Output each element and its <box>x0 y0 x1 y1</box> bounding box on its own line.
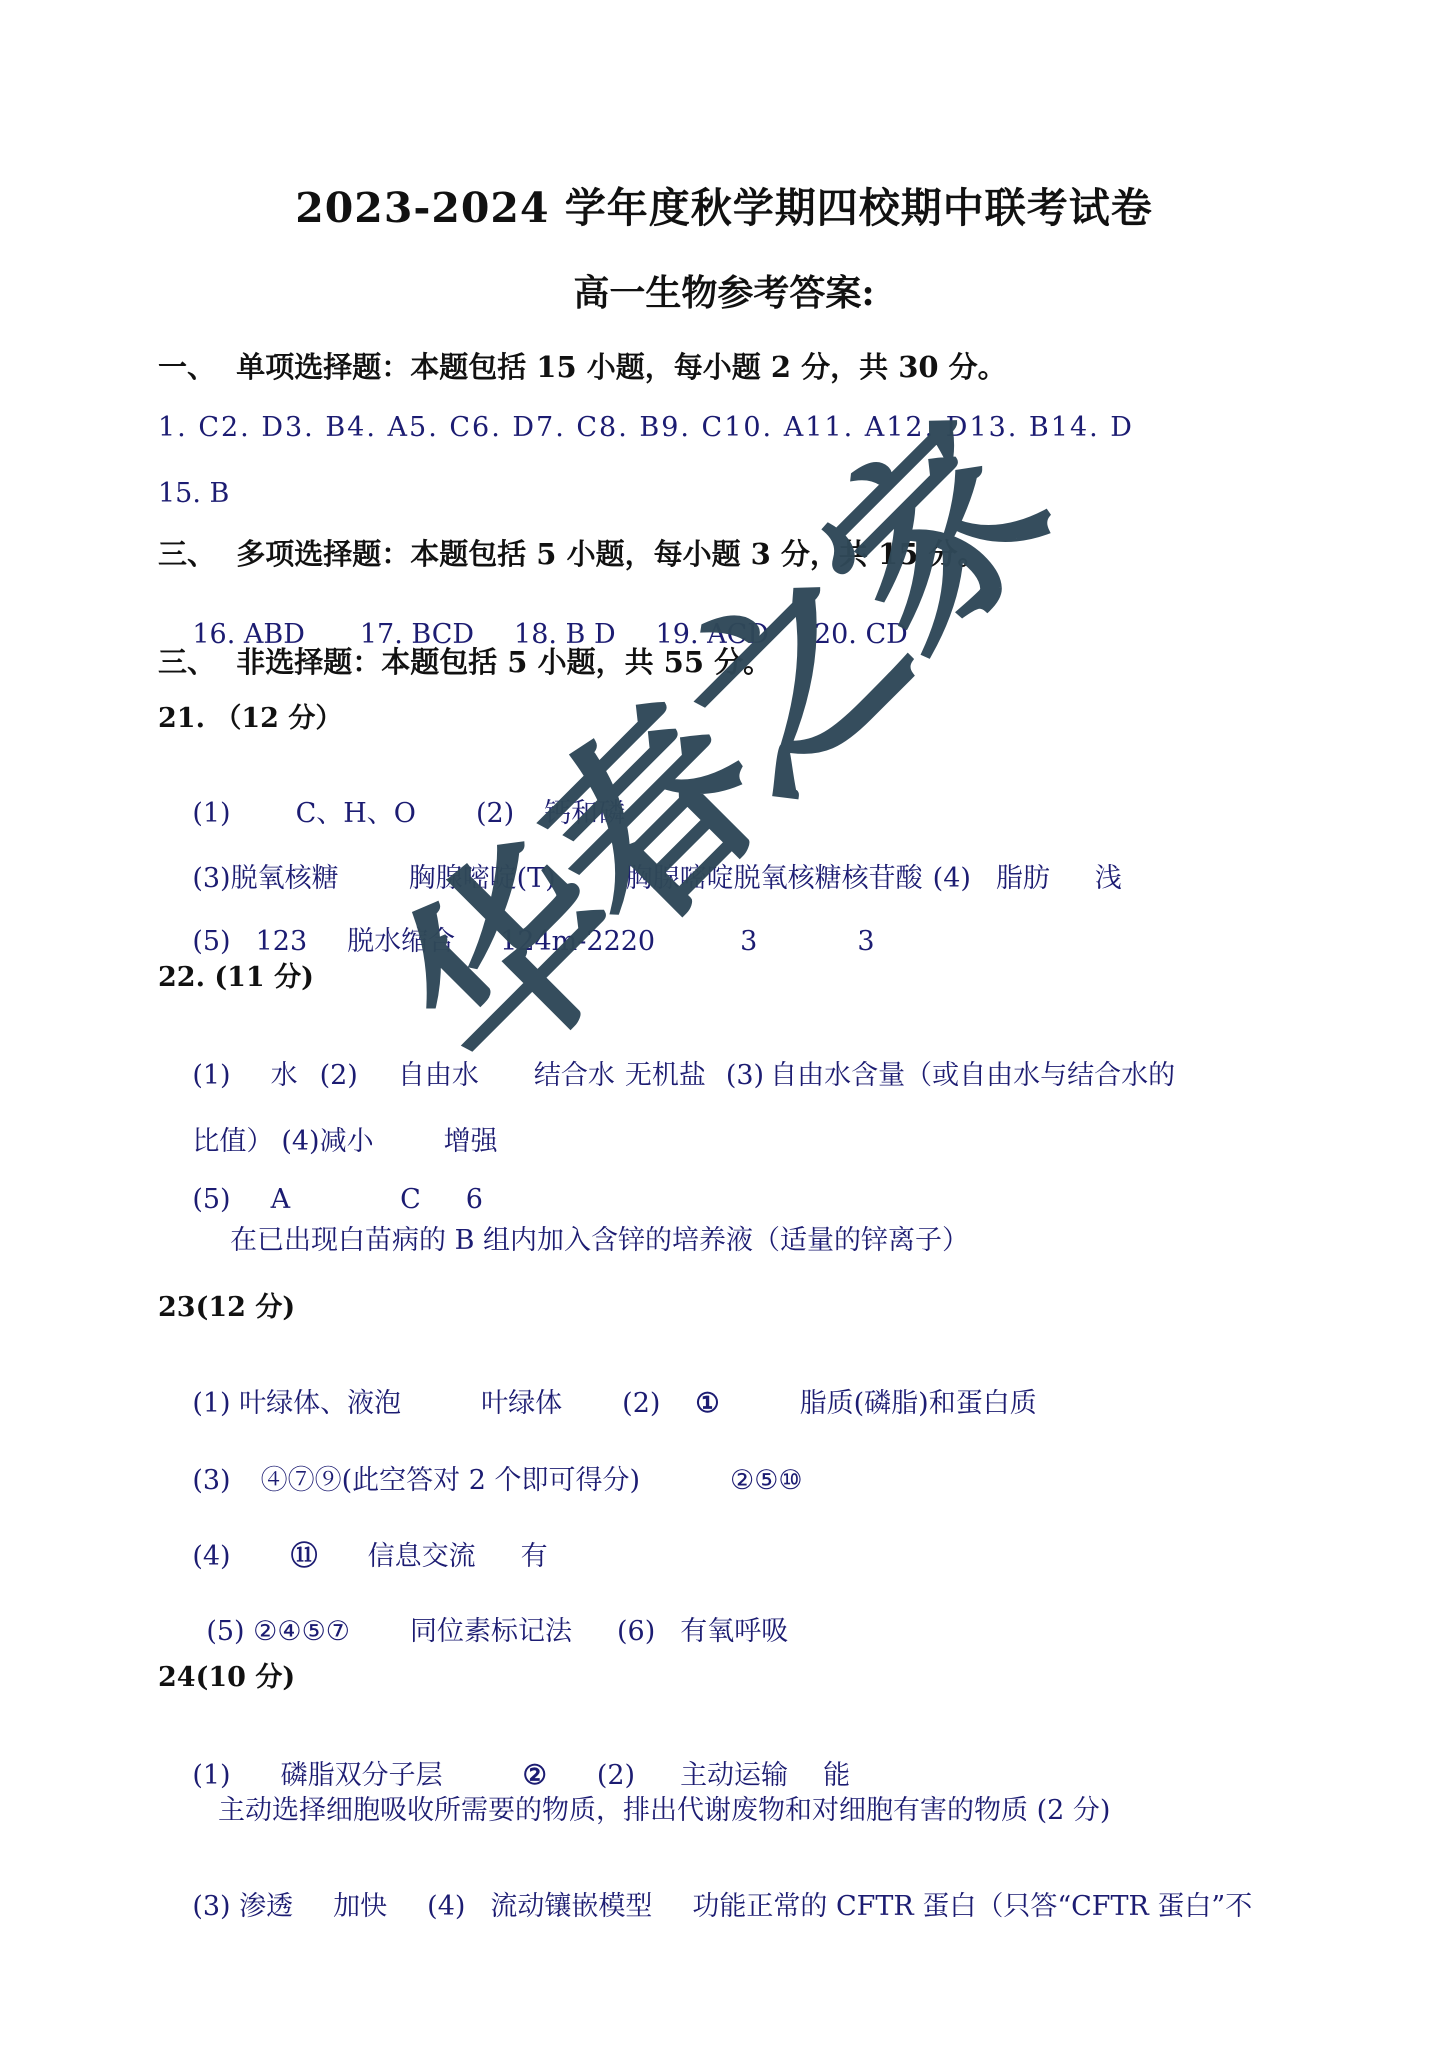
q22-part-2-answer-a: 自由水 <box>398 1060 479 1091</box>
section-single-choice-heading: 一、 单项选择题：本题包括 15 小题，每小题 2 分，共 30 分。 <box>158 345 1007 386</box>
q23-part-4-label: (4) <box>192 1541 230 1572</box>
q23-part-2-label: (2) <box>622 1388 660 1419</box>
q22-part-2-answer-b: 结合水 <box>534 1060 615 1091</box>
q23-part-4-answer-b: 信息交流 <box>368 1541 476 1572</box>
q24-part-2-answer-a: 主动运输 <box>680 1760 788 1791</box>
q24-part-3-answer-a: (3) 渗透 <box>192 1891 293 1922</box>
q23-part-4-answer-c: 有 <box>521 1541 548 1572</box>
q23-part-2-answer-a: ① <box>695 1388 719 1419</box>
question-21-header: 21. （12 分） <box>158 696 342 735</box>
q23-part-6-answer: 有氧呼吸 <box>680 1616 788 1647</box>
q23-part-1-answer-a: (1) 叶绿体、液泡 <box>192 1388 401 1419</box>
section-multi-choice-heading: 三、 多项选择题：本题包括 5 小题，每小题 3 分，共 15 分。 <box>158 532 986 573</box>
q24-part-2-answer-b: 能 <box>823 1760 850 1791</box>
q23-part-3-answer-a: ④⑦⑨(此空答对 2 个即可得分) <box>261 1465 640 1496</box>
q24-part-2-label: (2) <box>597 1760 635 1791</box>
q23-part-3-answer-b: ②⑤⑩ <box>730 1465 803 1496</box>
q22-part-5-answer-b: C <box>400 1184 421 1215</box>
q23-part-3-label: (3) <box>192 1465 230 1496</box>
q21-part-5-answer-d: 3 <box>740 926 757 957</box>
section-non-choice-heading: 三、 非选择题：本题包括 5 小题，共 55 分。 <box>158 640 772 681</box>
q21-part-4-answer-b: 浅 <box>1095 863 1122 894</box>
question-24-header: 24(10 分) <box>158 1655 295 1694</box>
q24-part-3-answer-b: 加快 <box>333 1891 387 1922</box>
q24-part-4-answer-a: 流动镶嵌模型 <box>490 1891 652 1922</box>
q23-part-5-answer-b: 同位素标记法 <box>410 1616 572 1647</box>
q21-part-5-answer-c: 124m-2220 <box>500 926 655 957</box>
question-22-header: 22. (11 分) <box>158 955 314 994</box>
q21-part-4-answer-a: 脂肪 <box>996 863 1050 894</box>
q21-part-4-label: (4) <box>933 863 971 894</box>
q23-part-5-answer-a: (5) ②④⑤⑦ <box>206 1616 350 1647</box>
q23-part-1-answer-b: 叶绿体 <box>481 1388 562 1419</box>
q21-part-5-answer-b: 脱水缩合 <box>347 926 455 957</box>
q22-part-3-label: (3) <box>726 1060 764 1091</box>
q23-part-4-answer-a: ⑪ <box>291 1541 318 1572</box>
q23-part-2-answer-b: 脂质(磷脂)和蛋白质 <box>800 1388 1037 1419</box>
q24-part-1-answer-b: ② <box>523 1760 547 1791</box>
q22-part-3-answer: 自由水含量（或自由水与结合水的 <box>770 1060 1175 1091</box>
answer-20: 20. CD <box>814 619 908 650</box>
q22-part-5-answer-c: 6 <box>466 1184 483 1215</box>
answer-key-subtitle: 高一生物参考答案: <box>0 265 1448 316</box>
single-choice-answers-line-1: 1. C2. D3. B4. A5. C6. D7. C8. B9. C10. … <box>158 412 1134 443</box>
single-choice-answers-line-2: 15. B <box>158 478 229 509</box>
q24-part-1-answer-a: 磷脂双分子层 <box>281 1760 443 1791</box>
q21-part-5-answer-a: 123 <box>256 926 308 957</box>
question-23-header: 23(12 分) <box>158 1285 295 1324</box>
q24-part-4-answer-b: 功能正常的 CFTR 蛋白（只答“CFTR 蛋白”不 <box>692 1891 1252 1922</box>
q22-part-2-answer-c: 无机盐 <box>625 1060 706 1091</box>
q22-line-4: 在已出现白苗病的 B 组内加入含锌的培养液（适量的锌离子） <box>230 1218 969 1257</box>
exam-title: 2023-2024 学年度秋学期四校期中联考试卷 <box>0 175 1448 234</box>
q24-line-3: (3) 渗透加快(4)流动镶嵌模型功能正常的 CFTR 蛋白（只答“CFTR 蛋… <box>158 1853 1252 1954</box>
q23-part-6-label: (6) <box>617 1616 655 1647</box>
q22-part-1-label: (1) <box>192 1060 230 1091</box>
q22-part-5-answer-a: A <box>271 1184 291 1215</box>
q24-part-4-label: (4) <box>427 1891 465 1922</box>
q21-part-5-answer-e: 3 <box>857 926 874 957</box>
q22-part-2-label: (2) <box>320 1060 358 1091</box>
q22-part-5-label: (5) <box>192 1184 230 1215</box>
q22-part-1-answer: 水 <box>271 1060 298 1091</box>
q21-part-5-label: (5) <box>192 926 230 957</box>
q24-line-2: 主动选择细胞吸收所需要的物质，排出代谢废物和对细胞有害的物质 (2 分) <box>218 1788 1110 1827</box>
answer-key-page: 2023-2024 学年度秋学期四校期中联考试卷 高一生物参考答案: 一、 单项… <box>0 0 1448 2048</box>
q24-part-1-label: (1) <box>192 1760 230 1791</box>
watermark-logo: 华春之家 <box>370 397 1078 1105</box>
